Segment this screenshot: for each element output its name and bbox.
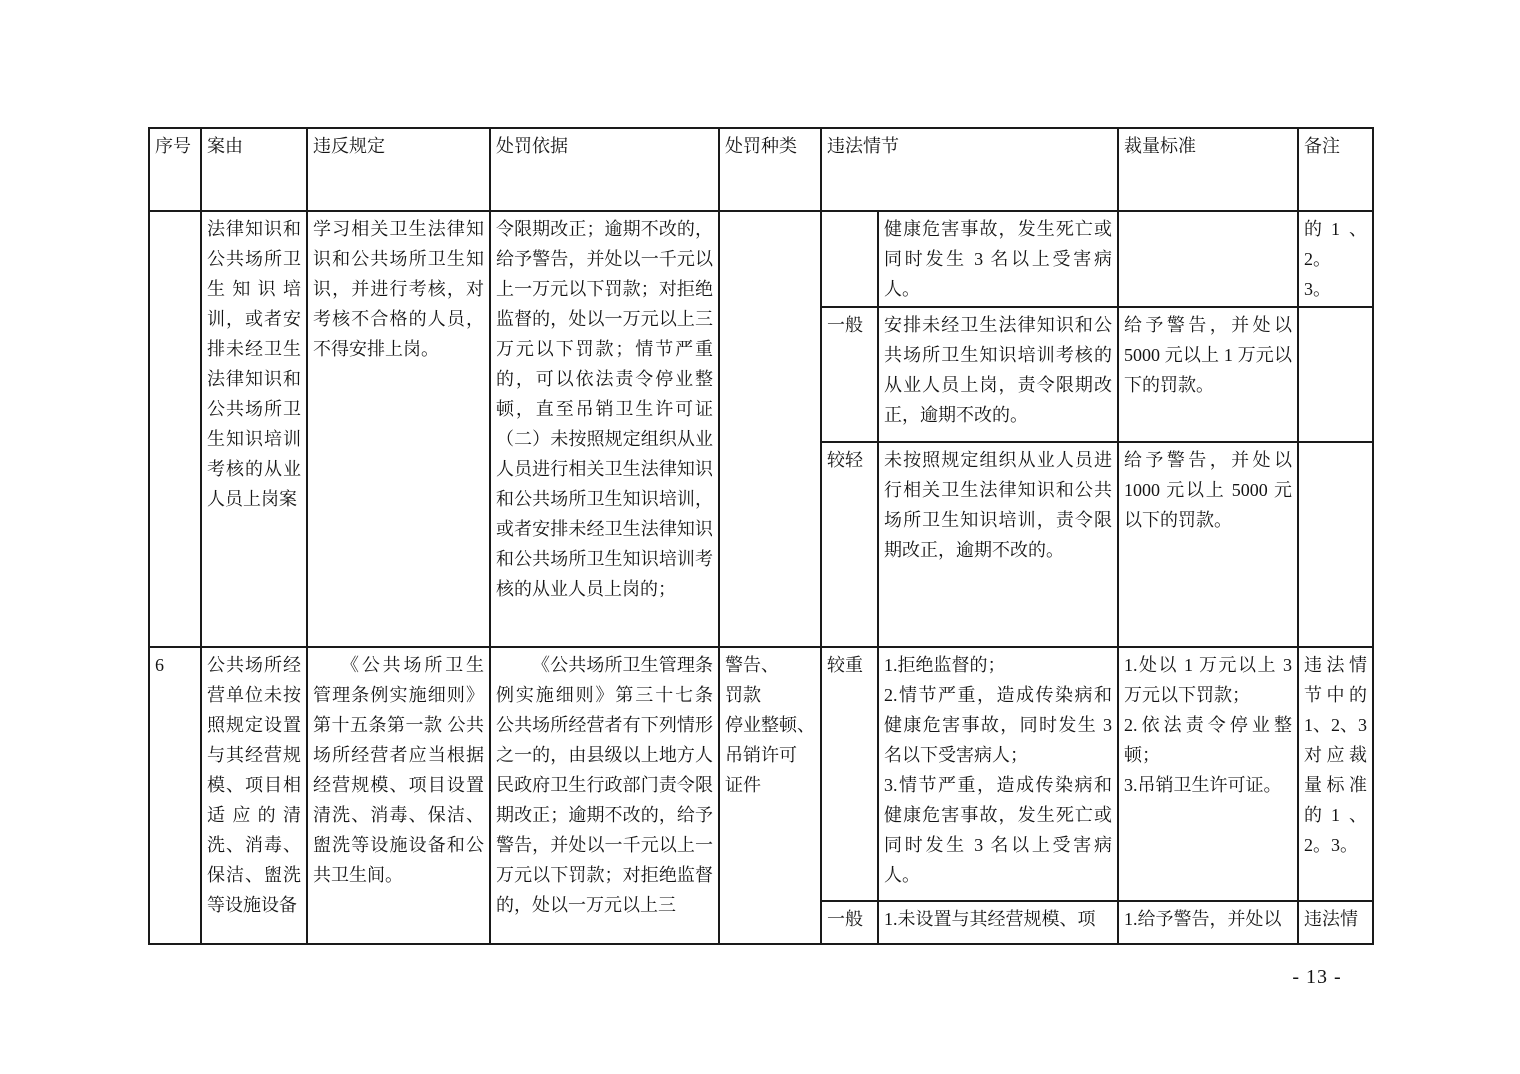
case6-sub2-note: 违法情 [1298, 901, 1373, 944]
case6-sub2-standard: 1.给予警告，并处以 [1118, 901, 1298, 944]
case1-sub1-circumstance: 健康危害事故，发生死亡或同时发生 3 名以上受害病人。 [878, 211, 1118, 307]
case1-violated-cell: 学习相关卫生法律知识和公共场所卫生知识，并进行考核，对考核不合格的人员，不得安排… [307, 211, 490, 647]
case6-no-cell: 6 [149, 647, 201, 944]
case1-cause-cell: 法律知识和公共场所卫生知识培训，或者安排未经卫生法律知识和公共场所卫生知识培训考… [201, 211, 307, 647]
case1-sub1-standard [1118, 211, 1298, 307]
penalty-discretion-table: 序号 案由 违反规定 处罚依据 处罚种类 违法情节 裁量标准 备注 法律知识和公… [148, 127, 1374, 945]
header-circumstances: 违法情节 [821, 128, 1118, 211]
case1-no-cell [149, 211, 201, 647]
header-no: 序号 [149, 128, 201, 211]
header-notes: 备注 [1298, 128, 1373, 211]
case6-types-cell: 警告、 罚款 停业整顿、 吊销许可 证件 [719, 647, 821, 944]
case6-sub1-note: 违法情节中的1、2、3对应裁量标准的1、2。3。 [1298, 647, 1373, 901]
case1-sub1-note: 的1、2。 3。 [1298, 211, 1373, 307]
case6-sub2-circumstance: 1.未设置与其经营规模、项 [878, 901, 1118, 944]
case1-sub1-severity [821, 211, 878, 307]
case6-sub1-standard: 1.处以 1 万元以上 3 万元以下罚款； 2.依法责令停业整顿； 3.吊销卫生… [1118, 647, 1298, 901]
case6-sub1-severity: 较重 [821, 647, 878, 901]
header-cause: 案由 [201, 128, 307, 211]
case6-violated-cell: 《公共场所卫生管理条例实施细则》第十五条第一款 公共场所经营者应当根据经营规模、… [307, 647, 490, 944]
case1-basis-cell: 令限期改正；逾期不改的，给予警告，并处以一千元以上一万元以下罚款；对拒绝监督的，… [490, 211, 719, 647]
header-standard: 裁量标准 [1118, 128, 1298, 211]
table-header-row: 序号 案由 违反规定 处罚依据 处罚种类 违法情节 裁量标准 备注 [149, 128, 1373, 211]
table-row: 法律知识和公共场所卫生知识培训，或者安排未经卫生法律知识和公共场所卫生知识培训考… [149, 211, 1373, 307]
case6-sub1-circumstance: 1.拒绝监督的； 2.情节严重，造成传染病和健康危害事故，同时发生 3 名以下受… [878, 647, 1118, 901]
case1-types-cell [719, 211, 821, 647]
case6-sub2-severity: 一般 [821, 901, 878, 944]
header-violated: 违反规定 [307, 128, 490, 211]
case1-sub2-severity: 一般 [821, 307, 878, 442]
case1-sub2-note [1298, 307, 1373, 442]
case1-sub3-standard: 给予警告，并处以 1000 元以上 5000 元以下的罚款。 [1118, 442, 1298, 647]
case1-sub2-circumstance: 安排未经卫生法律知识和公共场所卫生知识培训考核的从业人员上岗，责令限期改正，逾期… [878, 307, 1118, 442]
table-row: 6 公共场所经营单位未按照规定设置与其经营规模、项目相适应的清洗、消毒、保洁、盥… [149, 647, 1373, 901]
case1-sub3-note [1298, 442, 1373, 647]
case1-sub3-severity: 较轻 [821, 442, 878, 647]
case6-basis-cell: 《公共场所卫生管理条例实施细则》第三十七条 公共场所经营者有下列情形之一的，由县… [490, 647, 719, 944]
case6-cause-cell: 公共场所经营单位未按照规定设置与其经营规模、项目相适应的清洗、消毒、保洁、盥洗等… [201, 647, 307, 944]
page-number: - 13 - [1272, 966, 1362, 989]
header-basis: 处罚依据 [490, 128, 719, 211]
case1-sub3-circumstance: 未按照规定组织从业人员进行相关卫生法律知识和公共场所卫生知识培训，责令限期改正，… [878, 442, 1118, 647]
case1-sub2-standard: 给予警告，并处以 5000 元以上 1 万元以下的罚款。 [1118, 307, 1298, 442]
document-page: 序号 案由 违反规定 处罚依据 处罚种类 违法情节 裁量标准 备注 法律知识和公… [148, 127, 1374, 945]
header-types: 处罚种类 [719, 128, 821, 211]
